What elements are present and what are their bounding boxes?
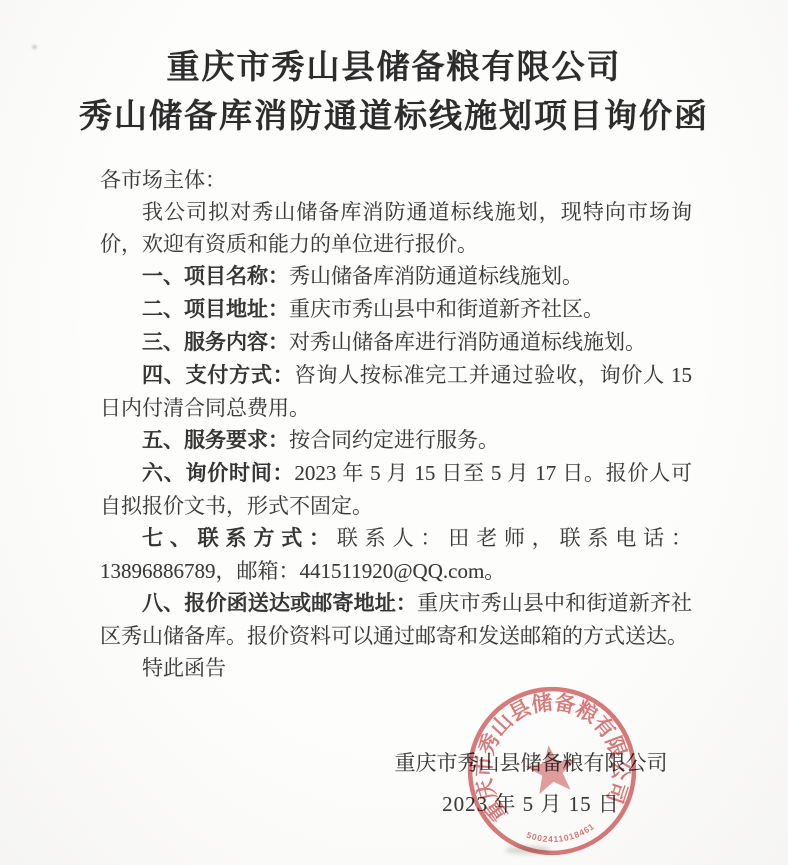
item-service-content: 三、服务内容：对秀山储备库进行消防通道标线施划。 [100,326,692,359]
signature-company: 重庆市秀山县储备粮有限公司 [385,747,677,777]
item-text: 对秀山储备库进行消防通道标线施划。 [289,330,646,354]
item-text: 按合同约定进行服务。 [289,428,499,452]
document-header: 重庆市秀山县储备粮有限公司 秀山储备库消防通道标线施划项目询价函 [0,0,788,134]
scan-artifact-smudge [505,846,551,854]
signature-block: 重庆市秀山县储备粮有限公司 2023 年 5 月 15 日 [385,747,677,818]
item-inquiry-time: 六、询价时间：2023 年 5 月 15 日至 5 月 17 日。报价人可自拟报… [100,457,692,522]
item-label: 三、服务内容： [142,331,289,354]
closing-phrase: 特此函告 [100,652,692,684]
item-service-requirement: 五、服务要求：按合同约定进行服务。 [100,424,692,457]
item-text: 秀山储备库消防通道标线施划。 [289,264,583,288]
item-label: 一、项目名称： [142,265,289,288]
item-label: 六、询价时间： [142,462,294,485]
item-label: 五、服务要求： [142,429,289,452]
item-contact-info: 七、联系方式：联系人：田老师，联系电话：13896886789，邮箱：44151… [100,522,692,587]
seal-serial-number: 5002411018461 [524,820,598,848]
signature-date: 2023 年 5 月 15 日 [385,788,677,818]
intro-paragraph: 我公司拟对秀山储备库消防通道标线施划，现特向市场询价，欢迎有资质和能力的单位进行… [100,196,692,260]
item-label: 四、支付方式： [142,364,295,387]
item-payment-method: 四、支付方式：咨询人按标准完工并通过验收，询价人 15 日内付清合同总费用。 [100,359,692,424]
item-project-name: 一、项目名称：秀山储备库消防通道标线施划。 [100,260,692,293]
letter-body: 各市场主体： 我公司拟对秀山储备库消防通道标线施划，现特向市场询价，欢迎有资质和… [100,164,692,684]
item-project-address: 二、项目地址：重庆市秀山县中和街道新齐社区。 [100,293,692,326]
item-label: 七、联系方式： [142,527,337,550]
svg-text:5002411018461: 5002411018461 [524,820,598,848]
scanned-letter-page: 重庆市秀山县储备粮有限公司 秀山储备库消防通道标线施划项目询价函 各市场主体： … [0,0,788,865]
item-delivery-address: 八、报价函送达或邮寄地址：重庆市秀山县中和街道新齐社区秀山储备库。报价资料可以通… [100,587,692,652]
item-label: 八、报价函送达或邮寄地址： [142,592,417,615]
item-text: 重庆市秀山县中和街道新齐社区。 [289,297,604,321]
document-title: 秀山储备库消防通道标线施划项目询价函 [0,101,788,134]
item-label: 二、项目地址： [142,298,289,321]
scan-artifact-dot [32,45,37,49]
company-title: 重庆市秀山县储备粮有限公司 [0,52,788,85]
salutation: 各市场主体： [100,164,692,196]
